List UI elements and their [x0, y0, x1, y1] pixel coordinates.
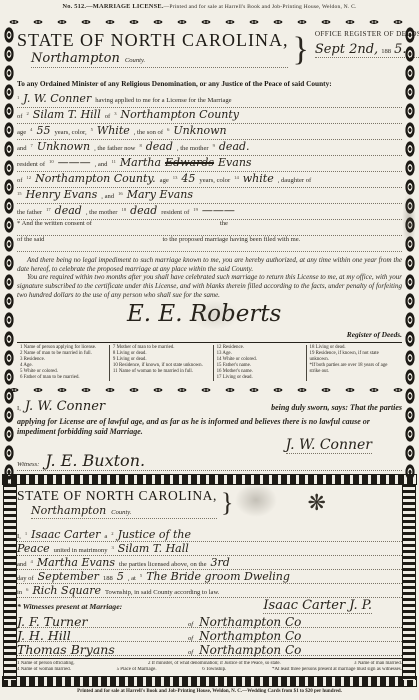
printed-label: of [17, 113, 23, 120]
form-row: the father 17 dead , the mother 18 dead … [17, 204, 402, 220]
printed-label: , and [95, 161, 108, 168]
footnote-number: 3 [114, 111, 116, 116]
footnote-number: 4 [31, 559, 33, 564]
ornament-band-divider [2, 474, 417, 485]
footnote: 1 Name of person applying for license. [20, 345, 106, 351]
printed-label: resident of [17, 161, 45, 168]
footnote-number: 13 [173, 175, 178, 180]
printed-label: age [160, 177, 169, 184]
license-footnotes: 1 Name of person applying for license. 2… [17, 342, 402, 385]
printed-label: Township, in said County according to la… [105, 589, 220, 596]
printed-label: , the son of [134, 129, 163, 136]
date-year-printed: 188 [381, 48, 391, 55]
printed-label: I, [17, 533, 21, 540]
county-handwritten: Northampton [31, 504, 106, 517]
witness-residence: Northampton Co [199, 629, 301, 643]
state-heading: STATE OF NORTH CAROLINA, [17, 30, 288, 51]
footnote: 17 Living or dead. [217, 375, 303, 381]
certificate-header: STATE OF NORTH CAROLINA, Northampton Cou… [17, 488, 402, 528]
penalty-paragraph: You are required within two months after… [17, 273, 402, 299]
printed-label: , the mother [177, 145, 209, 152]
witnesses-label: * Witnesses present at Marriage: [17, 602, 122, 611]
printed-label: having applied to me for a License for t… [95, 97, 231, 104]
mother-living-entry: dead. [219, 140, 250, 153]
printed-label: of [188, 621, 193, 628]
footnote: 10 Residence, if known, if not state unk… [113, 363, 210, 369]
footnote-number: 2 [27, 111, 29, 116]
applicant-name-entry: J. W. Conner [23, 92, 91, 105]
affidavit-lead: being duly sworn, says: That the parties [271, 403, 402, 412]
printed-label: , daughter of [278, 177, 312, 184]
day-entry: 3rd [211, 556, 230, 569]
footnote: 11 Name of woman to be married in full. [113, 369, 210, 375]
form-row: resident of 10 ——— , and 11 Martha Edwar… [17, 156, 402, 172]
footnote-number: 10 [49, 159, 54, 164]
year-entry: 5 [117, 570, 124, 583]
printed-label: 188 [103, 575, 113, 582]
form-row: and 7 Unknown , the father now 8 dead , … [17, 140, 402, 156]
witness-list: J. F. Turner of Northampton Co J. H. Hil… [17, 614, 402, 656]
form-number: No. 512.—MARRIAGE LICENSE. [62, 3, 163, 10]
witnesses-header: * Witnesses present at Marriage: Isaac C… [17, 598, 402, 614]
printed-label: , at [128, 575, 136, 582]
printed-label: and [17, 561, 27, 568]
footnote-number: 9 [213, 143, 215, 148]
printed-label: years, color, [54, 129, 86, 136]
footnote-number: 2 [111, 531, 113, 536]
register-signature: E. E. Roberts [17, 301, 402, 330]
month-entry: September [38, 570, 99, 583]
county-handwritten: Northampton [31, 51, 120, 66]
blank-line [48, 240, 158, 241]
form-row: 15 Henry Evans , and 16 Mary Evans [17, 188, 402, 204]
footnote: *At least three persons present at marri… [272, 667, 402, 673]
printed-label: of [17, 177, 23, 184]
footnote-number: 1 [25, 531, 27, 536]
brace-glyph: } [221, 488, 233, 518]
form-row: and 4 Martha Evans the parties licensed … [17, 556, 402, 570]
witness-signature: J. F. Turner [17, 614, 182, 629]
witness-row: J. F. Turner of Northampton Co [17, 614, 402, 628]
printed-label: years, color [199, 177, 230, 184]
license-header: STATE OF NORTH CAROLINA, Northampton Cou… [17, 30, 402, 76]
footnote-number: 5 [91, 127, 93, 132]
groom-mother-entry: Unknown [37, 140, 90, 153]
printed-label: united in matrimony [54, 547, 108, 554]
footnote-number: 14 [234, 175, 239, 180]
bride-father-entry: Henry Evans [26, 188, 98, 201]
salutation-line: To any Ordained Minister of any Religiou… [17, 79, 402, 92]
footnote-number: 12 [27, 175, 32, 180]
printed-label: of the said [17, 236, 44, 243]
officiant-title-entry: Peace [17, 542, 50, 555]
father-living-entry: dead [146, 140, 173, 153]
authorization-text: And there being no legal impediment to s… [17, 256, 402, 300]
ornament-border-right [404, 25, 416, 484]
footnote-number: 4 [30, 127, 32, 132]
certificate-form: I, 1 Isaac Carter a 2 Justice of the Pea… [17, 528, 402, 598]
certificate-footnotes: 1 Name of person officiating. 2 If minis… [17, 658, 402, 676]
form-row: age 4 55 years, color, 5 White , the son… [17, 124, 402, 140]
form-row: of the said to the proposed marriage hav… [17, 236, 402, 252]
printed-label: day of [17, 575, 34, 582]
ornament-chain-top [2, 16, 417, 28]
officiant-name-entry: Isaac Carter [31, 528, 100, 541]
printed-label: * And the written consent of [17, 220, 92, 227]
form-row: of 2 Silam T. Hill of 3 Northampton Coun… [17, 108, 402, 124]
ornament-border-right-lower [402, 484, 416, 680]
printed-label: a [104, 533, 107, 540]
form-row: * And the written consent of the [17, 220, 402, 236]
printed-label: I, [17, 405, 21, 412]
officiant-signature: Isaac Carter J. P. [263, 598, 372, 614]
bride-residence-entry: Northampton County. [35, 172, 156, 185]
state-heading: STATE OF NORTH CAROLINA, [17, 488, 217, 504]
license-form: 1 J. W. Conner having applied to me for … [17, 92, 402, 252]
bride-name-entry: Martha Evans [37, 556, 115, 569]
witness-row: J. H. Hill of Northampton Co [17, 628, 402, 642]
groom-father-entry: Unknown [173, 124, 226, 137]
authorization-paragraph: And there being no legal impediment to s… [17, 256, 402, 273]
form-row: in 6 Rich Square Township, in said Count… [17, 584, 402, 598]
footnote: 6 Father of man to be married. [20, 375, 106, 381]
footnote-number: 16 [118, 191, 123, 196]
ornament-chain-middle [2, 384, 417, 396]
ornament-border-left [3, 25, 15, 484]
printed-label: in [17, 589, 22, 596]
flourish-icon: ❋ [308, 490, 326, 516]
printed-label: , and [101, 193, 114, 200]
footnote-number: 6 [26, 587, 28, 592]
footnote-number: 6 [167, 127, 169, 132]
bride-age-entry: 45 [181, 172, 195, 185]
bride-surname-entry: Evans [218, 156, 252, 169]
footnote: 6 Township. [202, 667, 226, 673]
father-living-entry: dead [55, 204, 82, 217]
footnote-number: 5 [140, 573, 142, 578]
witness-row: Thomas Bryans of Northampton Co [17, 642, 402, 656]
bride-name-entry: Martha [120, 156, 161, 169]
form-row: day of September 188 5 , at 5 The Bride … [17, 570, 402, 584]
footnote-number: 8 [139, 143, 141, 148]
brace-glyph: } [292, 30, 308, 70]
printed-label: , the mother [86, 209, 118, 216]
witness-residence: Northampton Co [199, 643, 301, 657]
footnote: 4 Name of woman married. [17, 667, 71, 673]
printed-label: age [17, 129, 26, 136]
footnote-number: 1 [17, 95, 19, 100]
township-entry: Rich Square [32, 584, 101, 597]
printed-label: resident of [161, 209, 189, 216]
groom-name-entry: Silam T. Hall [118, 542, 189, 555]
affidavit-body: applying for License are of lawful age, … [17, 417, 402, 437]
bride-color-entry: white [243, 172, 274, 185]
footnote-number: 11 [111, 159, 115, 164]
printed-label: the father [17, 209, 42, 216]
footnote: 19 Residence, if known, if not state unk… [310, 351, 400, 363]
top-imprint: No. 512.—MARRIAGE LICENSE.—Printed and f… [0, 0, 419, 16]
footnote: 5 Place of Marriage. [117, 667, 157, 673]
form-row: I, 1 Isaac Carter a 2 Justice of the [17, 528, 402, 542]
bride-mother-entry: Mary Evans [127, 188, 193, 201]
county-label: County. [111, 509, 131, 516]
groom-name-entry: Silam T. Hill [33, 108, 101, 121]
printed-label: of [105, 113, 111, 120]
affiant-name-entry: J. W. Conner [25, 399, 105, 414]
printed-label: the [220, 220, 228, 227]
groom-color-entry: White [97, 124, 130, 137]
county-label: County. [125, 57, 145, 64]
footnote-number: 15 [17, 191, 22, 196]
groom-residence-entry: Northampton County [121, 108, 240, 121]
witness-label: Witness: [17, 461, 39, 468]
printed-label: , the father now [94, 145, 135, 152]
blank-line [232, 224, 322, 225]
affidavit-section: I, J. W. Conner being duly sworn, says: … [17, 399, 402, 474]
blank-line [96, 224, 216, 225]
footnote-number: 18 [122, 207, 127, 212]
residence-entry: ——— [202, 204, 235, 217]
form-row: 1 J. W. Conner having applied to me for … [17, 92, 402, 108]
footnote-number: 17 [46, 207, 51, 212]
ornament-border-left-lower [3, 484, 17, 680]
footnote-number: 19 [193, 207, 198, 212]
footnote: *If both parties are over 18 years of ag… [310, 363, 400, 375]
strikethrough-entry: Edwards [165, 156, 214, 169]
witness-signature: Thomas Bryans [17, 642, 182, 657]
officiant-title-entry: Justice of the [118, 528, 191, 541]
printed-label: to the proposed marriage having been fil… [162, 236, 300, 243]
ornament-band-bottom [2, 676, 417, 687]
groom-age-entry: 55 [36, 124, 50, 137]
footnote-number: 7 [31, 143, 33, 148]
register-title: Register of Deeds. [17, 330, 402, 341]
footnote-number: 3 [112, 545, 114, 550]
document-page: No. 512.—MARRIAGE LICENSE.—Printed and f… [0, 0, 419, 700]
bottom-imprint: Printed and for sale at Harrell's Book a… [17, 687, 402, 700]
printed-label: of [188, 635, 193, 642]
witness-residence: Northampton Co [199, 615, 301, 629]
printed-label: and [17, 145, 27, 152]
printed-label: the parties licensed above, on the [119, 561, 207, 568]
residence-entry: ——— [58, 156, 91, 169]
printed-label: of [188, 649, 193, 656]
place-entry: The Bride groom Dweling [146, 570, 290, 583]
form-row: of 12 Northampton County. age 13 45 year… [17, 172, 402, 188]
mother-living-entry: dead [130, 204, 157, 217]
witness-signature: J. H. Hill [17, 628, 182, 643]
form-row: Peace united in matrimony 3 Silam T. Hal… [17, 542, 402, 556]
witness-signature: J. E. Buxton. [45, 451, 145, 470]
printer-credit: —Printed and for sale at Harrell's Book … [164, 4, 357, 10]
date-handwritten: Sept 2nd, [315, 42, 378, 57]
